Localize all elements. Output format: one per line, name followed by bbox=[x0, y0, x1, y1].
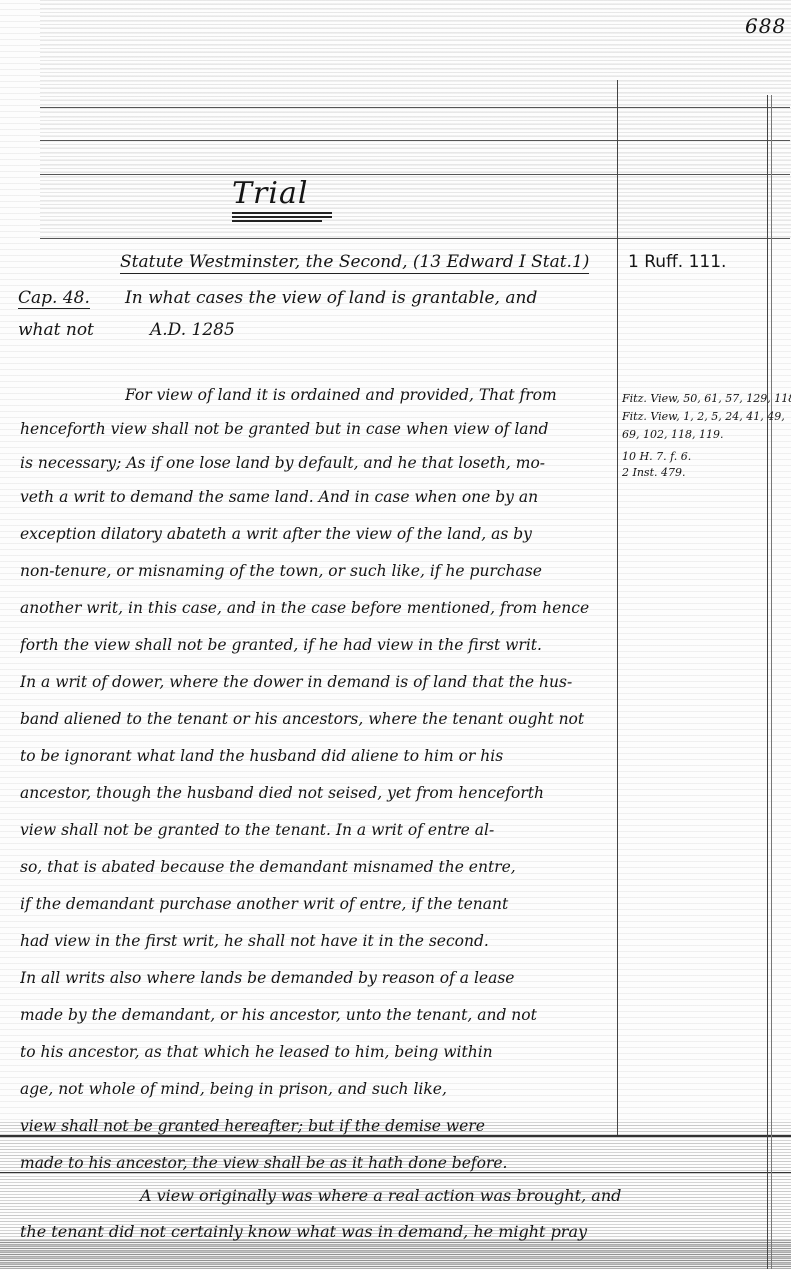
title-underline bbox=[232, 220, 322, 222]
ruled-line bbox=[40, 238, 790, 239]
chapter-label-continued: what not bbox=[18, 320, 94, 340]
body-line: so, that is abated because the demandant… bbox=[20, 858, 610, 876]
body-line: In a writ of dower, where the dower in d… bbox=[20, 673, 610, 691]
margin-column-divider-right bbox=[767, 95, 768, 1269]
page-title: Trial bbox=[232, 176, 308, 211]
body-line: had view in the first writ, he shall not… bbox=[20, 932, 610, 950]
body-line: made to his ancestor, the view shall be … bbox=[20, 1154, 610, 1172]
scan-noise-bottom-dark bbox=[0, 1240, 791, 1269]
ruled-line bbox=[0, 1135, 791, 1137]
body-line: view shall not be granted hereafter; but… bbox=[20, 1117, 610, 1135]
margin-note: Fitz. View, 1, 2, 5, 24, 41, 49, bbox=[622, 410, 785, 423]
body-line: forth the view shall not be granted, if … bbox=[20, 636, 610, 654]
margin-note: Fitz. View, 50, 61, 57, 129, 118. bbox=[622, 392, 791, 405]
margin-note: 10 H. 7. f. 6. bbox=[622, 450, 691, 463]
footnote-line: the tenant did not certainly know what w… bbox=[20, 1222, 760, 1241]
chapter-title: In what cases the view of land is granta… bbox=[125, 288, 537, 308]
page-number: 688 bbox=[745, 14, 786, 38]
margin-note: 69, 102, 118, 119. bbox=[622, 428, 723, 441]
chapter-label: Cap. 48. bbox=[18, 288, 90, 309]
ruled-line bbox=[40, 140, 790, 141]
chapter-date: A.D. 1285 bbox=[150, 320, 235, 340]
margin-column-divider bbox=[617, 80, 618, 1135]
document-page: 688 Trial Statute Westminster, the Secon… bbox=[0, 0, 791, 1269]
title-underline bbox=[232, 216, 332, 218]
ruled-line bbox=[40, 107, 790, 108]
statute-heading: Statute Westminster, the Second, (13 Edw… bbox=[120, 252, 589, 274]
body-line: For view of land it is ordained and prov… bbox=[125, 386, 615, 404]
body-line: if the demandant purchase another writ o… bbox=[20, 895, 610, 913]
body-line: to his ancestor, as that which he leased… bbox=[20, 1043, 610, 1061]
body-line: to be ignorant what land the husband did… bbox=[20, 747, 610, 765]
body-line: band aliened to the tenant or his ancest… bbox=[20, 710, 610, 728]
body-line: made by the demandant, or his ancestor, … bbox=[20, 1006, 610, 1024]
ruled-line bbox=[40, 174, 790, 175]
body-line: is necessary; As if one lose land by def… bbox=[20, 454, 610, 472]
body-line: exception dilatory abateth a writ after … bbox=[20, 525, 610, 543]
ruled-line bbox=[0, 1172, 791, 1173]
body-line: ancestor, though the husband died not se… bbox=[20, 784, 610, 802]
title-underline bbox=[232, 212, 332, 214]
footnote-line: A view originally was where a real actio… bbox=[140, 1186, 760, 1205]
body-line: view shall not be granted to the tenant.… bbox=[20, 821, 610, 839]
body-line: another writ, in this case, and in the c… bbox=[20, 599, 610, 617]
statute-reference: 1 Ruff. 111. bbox=[628, 252, 726, 272]
scan-noise-top bbox=[40, 0, 791, 240]
body-line: age, not whole of mind, being in prison,… bbox=[20, 1080, 610, 1098]
body-line: henceforth view shall not be granted but… bbox=[20, 420, 610, 438]
margin-column-divider-right bbox=[771, 95, 772, 1269]
body-line: veth a writ to demand the same land. And… bbox=[20, 488, 610, 506]
margin-note: 2 Inst. 479. bbox=[622, 466, 685, 479]
body-line: non-tenure, or misnaming of the town, or… bbox=[20, 562, 610, 580]
body-line: In all writs also where lands be demande… bbox=[20, 969, 610, 987]
